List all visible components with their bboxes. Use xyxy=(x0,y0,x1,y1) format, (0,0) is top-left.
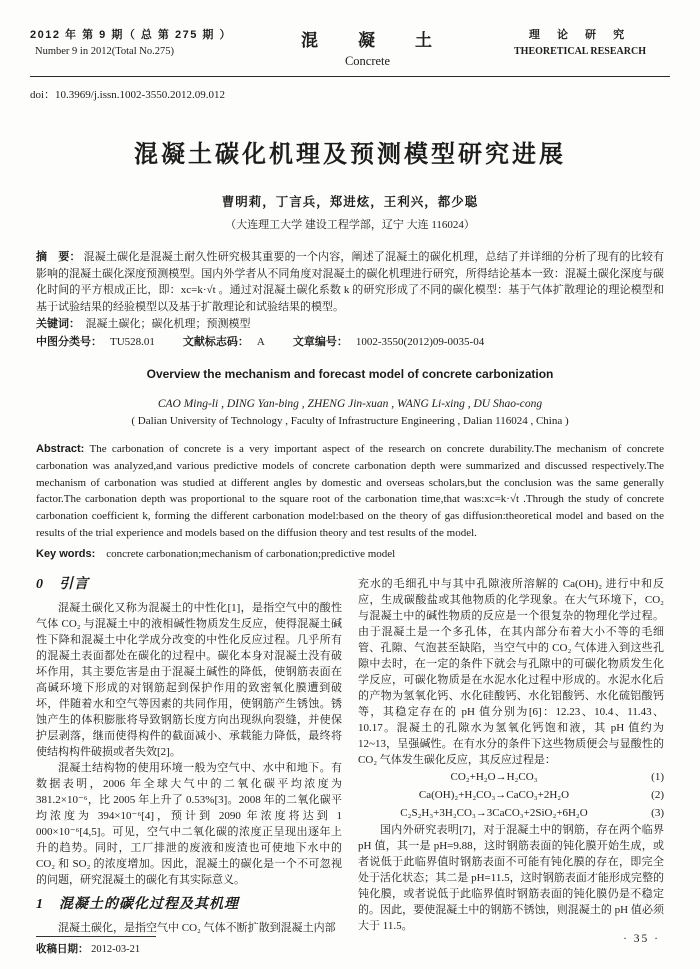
section-heading-carbonation: 1 混凝土的碳化过程及其机理 xyxy=(36,896,342,914)
received-date-label: 收稿日期： xyxy=(36,943,89,955)
received-date-value: 2012-03-21 xyxy=(91,944,140,955)
article-id-label: 文章编号： xyxy=(293,336,348,348)
section-label-en: THEORETICAL RESEARCH xyxy=(490,46,670,57)
equation-row: Ca(OH)₂+H₂CO₃→CaCO₃+2H₂O (2) xyxy=(358,787,664,803)
affiliation-en: ( Dalian University of Technology , Facu… xyxy=(0,415,700,427)
equation-number: (1) xyxy=(630,769,664,785)
authors: 曹明莉，丁言兵，郑进炫，王利兴，都少聪 xyxy=(0,192,700,210)
keywords-label-en: Key words: xyxy=(36,548,95,560)
keywords-text-en: concrete carbonation;mechanism of carbon… xyxy=(106,548,395,560)
equation-row: C₂S₂H₃+3H₂CO₃→3CaCO₃+2SiO₂+6H₂O (3) xyxy=(358,805,664,821)
doc-code-value: A xyxy=(257,336,265,348)
abstract-en: Abstract: The carbonation of concrete is… xyxy=(36,441,664,542)
carbonation-paragraph-continued: 充水的毛细孔中与其中孔隙液所溶解的 Ca(OH)₂ 进行中和反应，生成碳酸盐或其… xyxy=(358,576,664,768)
issue-info: 2012 年 第 9 期（ 总 第 275 期 ） Number 9 in 20… xyxy=(30,26,245,57)
right-column: 充水的毛细孔中与其中孔隙液所溶解的 Ca(OH)₂ 进行中和反应，生成碳酸盐或其… xyxy=(358,576,664,948)
journal-title-en: Concrete xyxy=(245,54,490,69)
equation-number: (3) xyxy=(630,805,664,821)
keywords-en-line: Key words: concrete carbonation;mechanis… xyxy=(36,545,664,561)
intro-paragraph-1: 混凝土碳化又称为混凝土的中性化[1]，是指空气中的酸性气体 CO₂ 与混凝土中的… xyxy=(36,600,342,760)
journal-title-block: 混 凝 土 Concrete xyxy=(245,26,490,69)
equation-row: CO₂+H₂O→H₂CO₃ (1) xyxy=(358,769,664,785)
equation-formula: CO₂+H₂O→H₂CO₃ xyxy=(358,769,630,785)
journal-header: 2012 年 第 9 期（ 总 第 275 期 ） Number 9 in 20… xyxy=(0,0,700,69)
keywords-label-cn: 关键词： xyxy=(36,318,75,330)
abstract-text-en: The carbonation of concrete is a very im… xyxy=(36,443,664,539)
abstract-label-en: Abstract: xyxy=(36,443,84,455)
received-date-line: 收稿日期： 2012-03-21 xyxy=(36,941,342,958)
left-column: 0 引言 混凝土碳化又称为混凝土的中性化[1]，是指空气中的酸性气体 CO₂ 与… xyxy=(36,576,342,948)
issue-number-cn: 2012 年 第 9 期（ 总 第 275 期 ） xyxy=(30,26,245,42)
clc-pair: 中图分类号：TU528.01 xyxy=(36,336,155,348)
section-label-block: 理 论 研 究 THEORETICAL RESEARCH xyxy=(490,26,670,57)
keywords-text-cn: 混凝土碳化；碳化机理；预测模型 xyxy=(86,318,251,330)
clc-label: 中图分类号： xyxy=(36,336,102,348)
classification-line: 中图分类号：TU528.01文献标志码：A文章编号：1002-3550(2012… xyxy=(36,334,664,351)
article-id-value: 1002-3550(2012)09-0035-04 xyxy=(356,336,484,348)
equation-formula: Ca(OH)₂+H₂CO₃→CaCO₃+2H₂O xyxy=(358,787,630,803)
article-id-pair: 文章编号：1002-3550(2012)09-0035-04 xyxy=(293,336,484,348)
abstract-text-cn: 混凝土碳化是混凝土耐久性研究极其重要的一个内容，阐述了混凝土的碳化机理，总结了并… xyxy=(36,251,664,313)
section-label-cn: 理 论 研 究 xyxy=(490,26,670,42)
abstract-label-cn: 摘 要： xyxy=(36,251,81,263)
journal-title-cn: 混 凝 土 xyxy=(245,26,490,51)
body-columns: 0 引言 混凝土碳化又称为混凝土的中性化[1]，是指空气中的酸性气体 CO₂ 与… xyxy=(36,576,664,948)
received-date-note: 收稿日期： 2012-03-21 xyxy=(36,936,342,958)
abstract-cn: 摘 要： 混凝土碳化是混凝土耐久性研究极其重要的一个内容，阐述了混凝土的碳化机理… xyxy=(36,249,664,315)
page-number: · 35 · xyxy=(623,933,660,945)
paper-title-en: Overview the mechanism and forecast mode… xyxy=(0,367,700,381)
paper-title: 混凝土碳化机理及预测模型研究进展 xyxy=(0,134,700,169)
footnote-divider xyxy=(36,936,156,937)
equation-formula: C₂S₂H₃+3H₂CO₃→3CaCO₃+2SiO₂+6H₂O xyxy=(358,805,630,821)
section-heading-intro: 0 引言 xyxy=(36,576,342,594)
authors-en: CAO Ming-li , DING Yan-bing , ZHENG Jin-… xyxy=(0,398,700,410)
equation-number: (2) xyxy=(630,787,664,803)
critical-ph-paragraph: 国内外研究表明[7]，对于混凝土中的钢筋，存在两个临界 pH 值，其一是 pH=… xyxy=(358,822,664,934)
paper-page: 2012 年 第 9 期（ 总 第 275 期 ） Number 9 in 20… xyxy=(0,0,700,969)
keywords-cn-line: 关键词： 混凝土碳化；碳化机理；预测模型 xyxy=(36,316,664,333)
doc-code-pair: 文献标志码：A xyxy=(183,336,265,348)
intro-paragraph-2: 混凝土结构物的使用环境一般为空气中、水中和地下。有数据表明，2006 年全球大气… xyxy=(36,760,342,888)
issue-number-en: Number 9 in 2012(Total No.275) xyxy=(30,46,245,57)
affiliation: （大连理工大学 建设工程学部，辽宁 大连 116024） xyxy=(0,216,700,232)
doi-text: doi：10.3969/j.issn.1002-3550.2012.09.012 xyxy=(30,86,670,102)
doc-code-label: 文献标志码： xyxy=(183,336,249,348)
carbonation-paragraph-start: 混凝土碳化，是指空气中 CO₂ 气体不断扩散到混凝土内部 xyxy=(36,920,342,936)
clc-value: TU528.01 xyxy=(110,336,155,348)
header-divider xyxy=(30,76,670,77)
